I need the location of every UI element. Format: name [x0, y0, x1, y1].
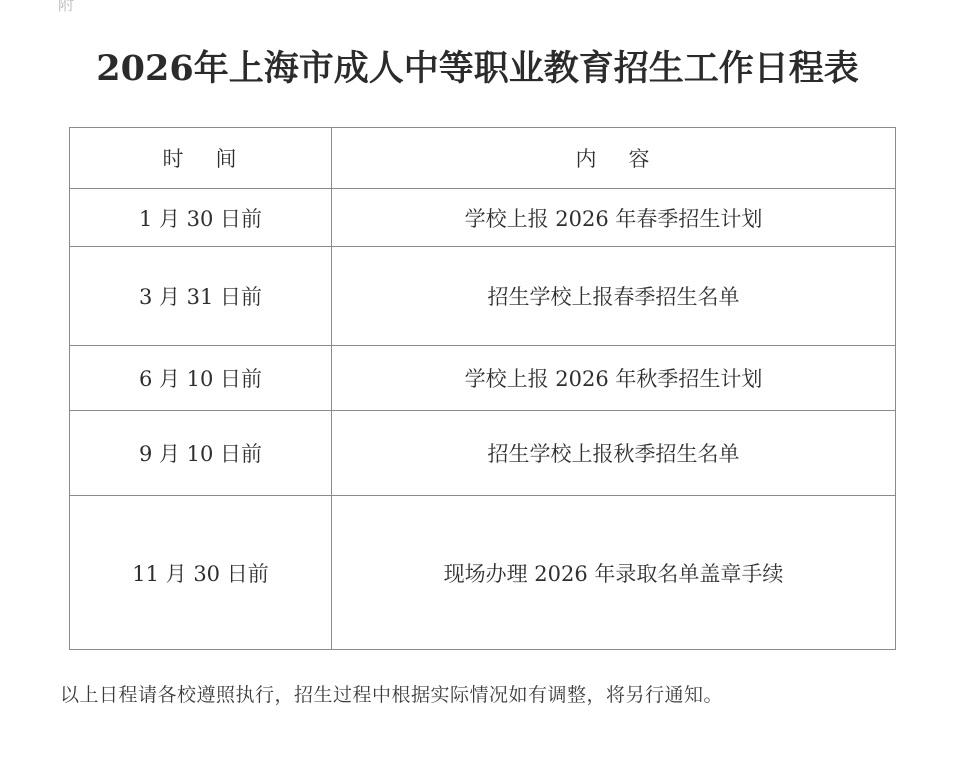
cell-time: 6 月 10 日前: [70, 346, 332, 411]
header-time-char-2: 间: [216, 147, 239, 171]
footnote: 以上日程请各校遵照执行，招生过程中根据实际情况如有调整，将另行通知。: [60, 680, 723, 707]
header-time: 时间: [70, 128, 332, 189]
cell-time: 11 月 30 日前: [70, 496, 332, 650]
table-header-row: 时间 内容: [70, 128, 896, 189]
table-row: 9 月 10 日前 招生学校上报秋季招生名单: [70, 411, 896, 496]
cell-content: 学校上报 2026 年秋季招生计划: [332, 346, 896, 411]
header-content: 内容: [332, 128, 896, 189]
schedule-table: 时间 内容 1 月 30 日前 学校上报 2026 年春季招生计划 3 月 31…: [69, 127, 896, 650]
cell-content: 学校上报 2026 年春季招生计划: [332, 189, 896, 247]
table-row: 3 月 31 日前 招生学校上报春季招生名单: [70, 247, 896, 346]
cell-content: 招生学校上报秋季招生名单: [332, 411, 896, 496]
cell-time: 3 月 31 日前: [70, 247, 332, 346]
cell-content: 现场办理 2026 年录取名单盖章手续: [332, 496, 896, 650]
page-title: 2026年上海市成人中等职业教育招生工作日程表: [0, 44, 955, 94]
header-content-char-1: 内: [576, 147, 599, 171]
header-content-char-2: 容: [629, 147, 652, 171]
table-row: 11 月 30 日前 现场办理 2026 年录取名单盖章手续: [70, 496, 896, 650]
header-time-char-1: 时: [163, 147, 186, 171]
cell-content: 招生学校上报春季招生名单: [332, 247, 896, 346]
table-row: 6 月 10 日前 学校上报 2026 年秋季招生计划: [70, 346, 896, 411]
cell-time: 1 月 30 日前: [70, 189, 332, 247]
cell-time: 9 月 10 日前: [70, 411, 332, 496]
table-row: 1 月 30 日前 学校上报 2026 年春季招生计划: [70, 189, 896, 247]
top-cropped-text: 附: [58, 0, 76, 15]
